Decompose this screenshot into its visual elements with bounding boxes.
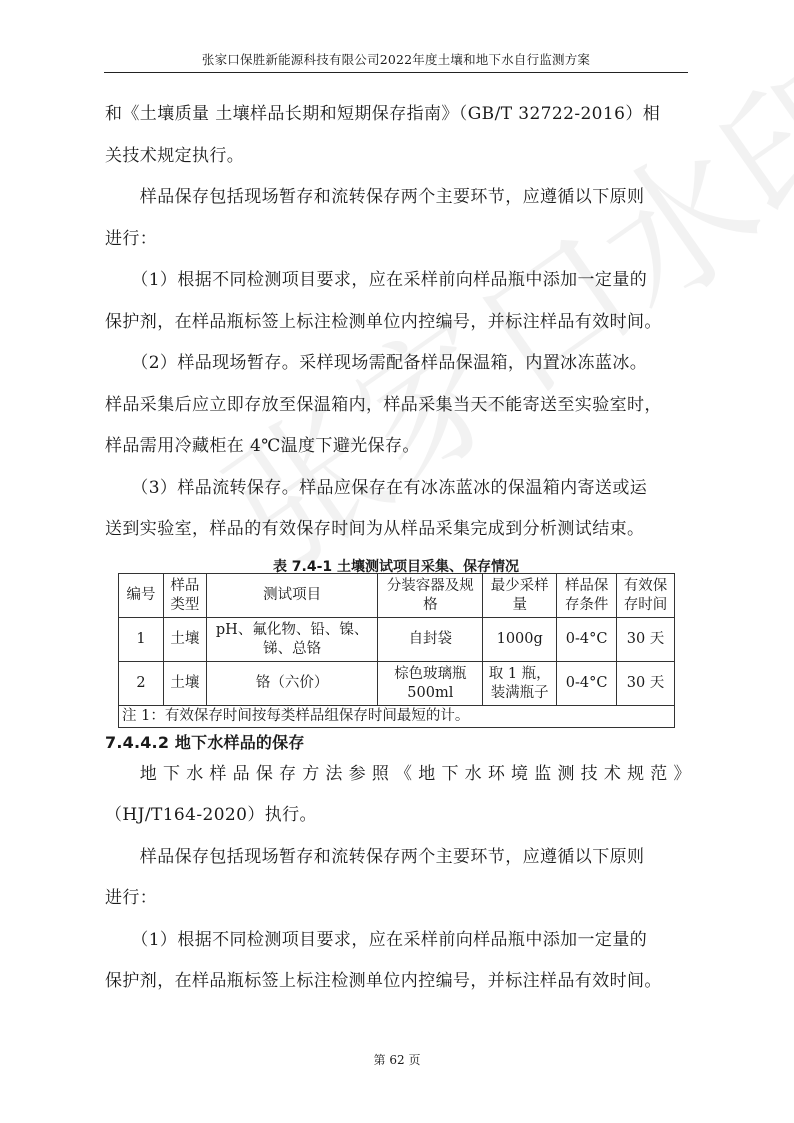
running-header: 张家口保胜新能源科技有限公司2022年度土壤和地下水自行监测方案 bbox=[104, 50, 688, 68]
paragraph-line: 保护剂，在样品瓶标签上标注检测单位内控编号，并标注样品有效时间。 bbox=[105, 971, 690, 991]
table-cell: 1000g bbox=[483, 618, 557, 662]
table-cell: 自封袋 bbox=[378, 618, 483, 662]
paragraph-line: 送到实验室，样品的有效保存时间为从样品采集完成到分析测试结束。 bbox=[105, 519, 690, 539]
paragraph-line: 样品采集后应立即存放至保温箱内，样品采集当天不能寄送至实验室时， bbox=[105, 395, 690, 415]
table-row: 1 土壤 pH、氟化物、铅、镍、锑、总铬 自封袋 1000g 0-4°C 30 … bbox=[119, 618, 675, 662]
paragraph-line: 和《土壤质量 土壤样品长期和短期保存指南》（GB/T 32722-2016）相 bbox=[105, 104, 690, 124]
header-cell: 有效保存时间 bbox=[617, 574, 675, 618]
header-cell: 最少采样量 bbox=[483, 574, 557, 618]
header-cell: 分装容器及规格 bbox=[378, 574, 483, 618]
page-number: 第 62 页 bbox=[0, 1051, 794, 1068]
table-cell: 土壤 bbox=[163, 618, 206, 662]
table-cell: 30 天 bbox=[617, 662, 675, 706]
header-cell: 测试项目 bbox=[206, 574, 378, 618]
paragraph-line: （1）根据不同检测项目要求，应在采样前向样品瓶中添加一定量的 bbox=[105, 930, 690, 950]
table-note-row: 注 1：有效保存时间按每类样品组保存时间最短的计。 bbox=[119, 706, 675, 728]
table-cell: 棕色玻璃瓶 500ml bbox=[378, 662, 483, 706]
table-cell: 土壤 bbox=[163, 662, 206, 706]
paragraph-line: （HJ/T164-2020）执行。 bbox=[105, 805, 690, 825]
paragraph-line: 进行： bbox=[105, 888, 690, 908]
paragraph-line: 样品需用冷藏柜在 4℃温度下避光保存。 bbox=[105, 436, 690, 456]
paragraph-line: （1）根据不同检测项目要求，应在采样前向样品瓶中添加一定量的 bbox=[105, 270, 690, 290]
watermark: 张家口水印 bbox=[180, 0, 794, 607]
paragraph-line: （3）样品流转保存。样品应保存在有冰冻蓝冰的保温箱内寄送或运 bbox=[105, 478, 690, 498]
table-cell: 1 bbox=[119, 618, 164, 662]
header-rule bbox=[104, 72, 688, 73]
table-row: 2 土壤 铬（六价） 棕色玻璃瓶 500ml 取 1 瓶，装满瓶子 0-4°C … bbox=[119, 662, 675, 706]
header-cell: 样品保存条件 bbox=[557, 574, 617, 618]
paragraph-line: 样品保存包括现场暂存和流转保存两个主要环节，应遵循以下原则 bbox=[105, 847, 690, 867]
table-header-row: 编号 样品类型 测试项目 分装容器及规格 最少采样量 样品保存条件 有效保存时间 bbox=[119, 574, 675, 618]
table-cell: 2 bbox=[119, 662, 164, 706]
paragraph-line: 样品保存包括现场暂存和流转保存两个主要环节，应遵循以下原则 bbox=[105, 187, 690, 207]
table-note: 注 1：有效保存时间按每类样品组保存时间最短的计。 bbox=[119, 706, 675, 728]
table-cell: 取 1 瓶，装满瓶子 bbox=[483, 662, 557, 706]
table-cell: pH、氟化物、铅、镍、锑、总铬 bbox=[206, 618, 378, 662]
table-cell: 0-4°C bbox=[557, 662, 617, 706]
paragraph-line: （2）样品现场暂存。采样现场需配备样品保温箱，内置冰冻蓝冰。 bbox=[105, 353, 690, 373]
header-cell: 样品类型 bbox=[163, 574, 206, 618]
table-cell: 0-4°C bbox=[557, 618, 617, 662]
paragraph-line: 进行： bbox=[105, 229, 690, 249]
paragraph-line: 地 下 水 样 品 保 存 方 法 参 照 《 地 下 水 环 境 监 测 技 … bbox=[105, 764, 690, 784]
table-cell: 铬（六价） bbox=[206, 662, 378, 706]
table-cell: 30 天 bbox=[617, 618, 675, 662]
sample-storage-table: 编号 样品类型 测试项目 分装容器及规格 最少采样量 样品保存条件 有效保存时间… bbox=[118, 573, 675, 728]
section-heading: 7.4.4.2 地下水样品的保存 bbox=[105, 730, 305, 753]
paragraph-line: 保护剂，在样品瓶标签上标注检测单位内控编号，并标注样品有效时间。 bbox=[105, 312, 690, 332]
header-cell: 编号 bbox=[119, 574, 164, 618]
paragraph-line: 关技术规定执行。 bbox=[105, 146, 690, 166]
